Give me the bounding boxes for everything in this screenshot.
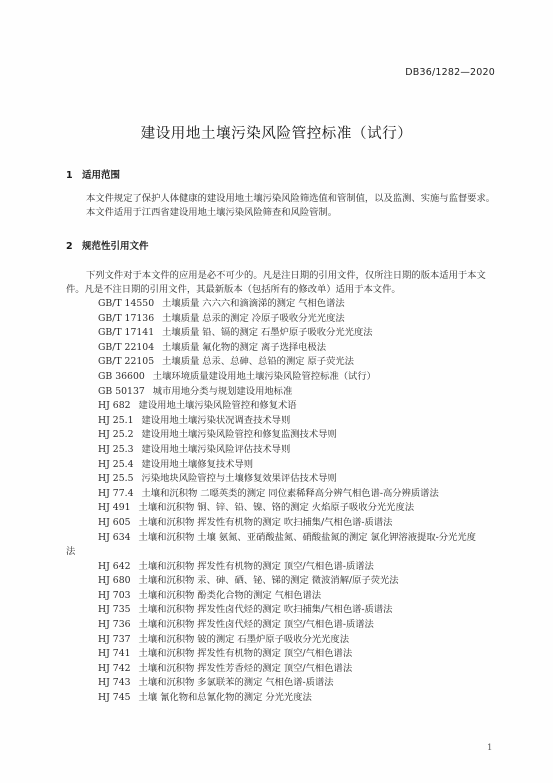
reference-title: 土壤和沉积物 挥发性有机物的测定 顶空/气相色谱-质谱法 xyxy=(139,561,374,572)
reference-item: GB/T 22104土壤质量 氟化物的测定 离子选择电极法 xyxy=(98,341,476,356)
reference-item: HJ 25.4建设用地土壤修复技术导则 xyxy=(98,458,476,473)
reference-title: 土壤质量 总汞的测定 冷原子吸收分光光度法 xyxy=(162,313,345,324)
reference-item: GB/T 22105土壤质量 总汞、总砷、总铅的测定 原子荧光法 xyxy=(98,355,476,370)
reference-title: 土壤和沉积物 汞、砷、硒、铋、锑的测定 微波消解/原子荧光法 xyxy=(139,575,399,586)
reference-title: 土壤和沉积物 二噁英类的测定 同位素稀释高分辨气相色谱-高分辨质谱法 xyxy=(142,488,439,499)
reference-title: 土壤质量 六六六和滴滴涕的测定 气相色谱法 xyxy=(162,298,345,309)
reference-code: GB/T 22104 xyxy=(98,341,154,356)
section-title: 适用范围 xyxy=(82,170,120,181)
reference-code: HJ 682 xyxy=(98,399,131,414)
reference-code: HJ 491 xyxy=(98,501,131,516)
reference-code: HJ 25.1 xyxy=(98,414,134,429)
reference-title: 土壤和沉积物 土壤 氨氮、亚硝酸盐氮、硝酸盐氮的测定 氯化钾溶液提取-分光光度 xyxy=(139,532,476,543)
reference-title: 土壤和沉积物 挥发性卤代烃的测定 吹扫捕集/气相色谱-质谱法 xyxy=(139,604,393,615)
reference-item: HJ 605土壤和沉积物 挥发性有机物的测定 吹扫捕集/气相色谱-质谱法 xyxy=(98,516,476,531)
reference-title: 土壤环境质量建设用地土壤污染风险管控标准（试行） xyxy=(153,371,376,382)
reference-item: GB/T 17141土壤质量 铅、镉的测定 石墨炉原子吸收分光光度法 xyxy=(98,326,476,341)
reference-code: GB/T 22105 xyxy=(98,355,154,370)
reference-item: HJ 743土壤和沉积物 多氯联苯的测定 气相色谱-质谱法 xyxy=(98,676,476,691)
reference-title: 土壤和沉积物 挥发性卤代烃的测定 顶空/气相色谱-质谱法 xyxy=(139,619,374,630)
scope-paragraph-1: 本文件规定了保护人体健康的建设用地土壤污染风险筛选值和管制值，以及监测、实施与监… xyxy=(86,192,495,206)
reference-title: 土壤 氰化物和总氰化物的测定 分光光度法 xyxy=(139,692,312,703)
reference-title: 土壤和沉积物 挥发性有机物的测定 吹扫捕集/气相色谱-质谱法 xyxy=(139,517,393,528)
reference-title: 污染地块风险管控与土壤修复效果评估技术导则 xyxy=(142,473,337,484)
reference-code: GB 36600 xyxy=(98,370,145,385)
reference-title: 建设用地土壤污染状况调查技术导则 xyxy=(142,415,291,426)
reference-code: HJ 742 xyxy=(98,662,131,677)
document-title: 建设用地土壤污染风险管控标准（试行） xyxy=(0,122,553,143)
reference-item: HJ 25.3建设用地土壤污染风险评估技术导则 xyxy=(98,443,476,458)
reference-item: HJ 745土壤 氰化物和总氰化物的测定 分光光度法 xyxy=(98,691,476,706)
section-number: 1 xyxy=(66,170,82,181)
reference-code: HJ 25.2 xyxy=(98,428,134,443)
reference-title: 建设用地土壤污染风险评估技术导则 xyxy=(142,444,291,455)
reference-item: HJ 735土壤和沉积物 挥发性卤代烃的测定 吹扫捕集/气相色谱-质谱法 xyxy=(98,603,476,618)
reference-item: GB 50137城市用地分类与规划建设用地标准 xyxy=(98,385,476,400)
reference-title: 建设用地土壤污染风险管控和修复术语 xyxy=(139,400,297,411)
references-intro-line-2: 件。凡是不注日期的引用文件，其最新版本（包括所有的修改单）适用于本文件。 xyxy=(66,283,401,297)
references-intro-line-1: 下列文件对于本文件的应用是必不可少的。凡是注日期的引用文件，仅所注日期的版本适用… xyxy=(86,269,486,283)
reference-item: HJ 742土壤和沉积物 挥发性芳香烃的测定 顶空/气相色谱法 xyxy=(98,662,476,677)
reference-item: HJ 25.1建设用地土壤污染状况调查技术导则 xyxy=(98,414,476,429)
reference-code: HJ 25.3 xyxy=(98,443,134,458)
reference-title: 土壤和沉积物 挥发性有机物的测定 顶空/气相色谱法 xyxy=(139,648,353,659)
reference-title-continuation: 法 xyxy=(66,546,75,557)
reference-title: 建设用地土壤污染风险管控和修复监测技术导则 xyxy=(142,429,337,440)
reference-code: HJ 77.4 xyxy=(98,487,134,502)
reference-item: HJ 736土壤和沉积物 挥发性卤代烃的测定 顶空/气相色谱-质谱法 xyxy=(98,618,476,633)
reference-code: HJ 743 xyxy=(98,676,131,691)
reference-item: HJ 737土壤和沉积物 铍的测定 石墨炉原子吸收分光光度法 xyxy=(98,633,476,648)
reference-item: HJ 491土壤和沉积物 铜、锌、铅、镍、铬的测定 火焰原子吸收分光光度法 xyxy=(98,501,476,516)
reference-item: GB/T 14550土壤质量 六六六和滴滴涕的测定 气相色谱法 xyxy=(98,297,476,312)
reference-item: GB/T 17136土壤质量 总汞的测定 冷原子吸收分光光度法 xyxy=(98,312,476,327)
reference-title: 城市用地分类与规划建设用地标准 xyxy=(153,386,292,397)
reference-code: HJ 680 xyxy=(98,574,131,589)
section-heading-scope: 1适用范围 xyxy=(66,167,120,181)
reference-item: HJ 77.4土壤和沉积物 二噁英类的测定 同位素稀释高分辨气相色谱-高分辨质谱… xyxy=(98,487,476,502)
reference-code: HJ 25.5 xyxy=(98,472,134,487)
reference-code: HJ 703 xyxy=(98,589,131,604)
reference-code: HJ 741 xyxy=(98,647,131,662)
reference-code: HJ 737 xyxy=(98,633,131,648)
section-number: 2 xyxy=(66,241,82,252)
reference-title: 建设用地土壤修复技术导则 xyxy=(142,459,254,470)
reference-item: HJ 682建设用地土壤污染风险管控和修复术语 xyxy=(98,399,476,414)
section-title: 规范性引用文件 xyxy=(82,241,149,252)
reference-item: GB 36600土壤环境质量建设用地土壤污染风险管控标准（试行） xyxy=(98,370,476,385)
reference-title: 土壤和沉积物 铍的测定 石墨炉原子吸收分光光度法 xyxy=(139,634,349,645)
scope-paragraph-2: 本文件适用于江西省建设用地土壤污染风险筛查和风险管制。 xyxy=(86,206,337,220)
reference-code: HJ 745 xyxy=(98,691,131,706)
reference-code: HJ 735 xyxy=(98,603,131,618)
reference-code: GB/T 17136 xyxy=(98,312,154,327)
reference-title: 土壤和沉积物 酚类化合物的测定 气相色谱法 xyxy=(139,590,322,601)
reference-code: HJ 634 xyxy=(98,531,131,546)
reference-item: HJ 25.2建设用地土壤污染风险管控和修复监测技术导则 xyxy=(98,428,476,443)
reference-code: GB/T 14550 xyxy=(98,297,154,312)
reference-code: HJ 736 xyxy=(98,618,131,633)
reference-code: GB/T 17141 xyxy=(98,326,154,341)
document-page: DB36/1282—2020 建设用地土壤污染风险管控标准（试行） 1适用范围 … xyxy=(0,0,553,783)
reference-item: HJ 25.5污染地块风险管控与土壤修复效果评估技术导则 xyxy=(98,472,476,487)
section-heading-normative-references: 2规范性引用文件 xyxy=(66,238,149,252)
reference-title: 土壤和沉积物 挥发性芳香烃的测定 顶空/气相色谱法 xyxy=(139,663,353,674)
reference-item-continuation: 法 xyxy=(66,545,476,560)
reference-title: 土壤质量 铅、镉的测定 石墨炉原子吸收分光光度法 xyxy=(162,327,372,338)
reference-title: 土壤和沉积物 多氯联苯的测定 气相色谱-质谱法 xyxy=(139,677,334,688)
reference-title: 土壤和沉积物 铜、锌、铅、镍、铬的测定 火焰原子吸收分光光度法 xyxy=(139,502,415,513)
reference-item: HJ 703土壤和沉积物 酚类化合物的测定 气相色谱法 xyxy=(98,589,476,604)
standard-code: DB36/1282—2020 xyxy=(405,67,495,78)
reference-item: HJ 741土壤和沉积物 挥发性有机物的测定 顶空/气相色谱法 xyxy=(98,647,476,662)
reference-title: 土壤质量 总汞、总砷、总铅的测定 原子荧光法 xyxy=(162,356,354,367)
reference-item: HJ 634土壤和沉积物 土壤 氨氮、亚硝酸盐氮、硝酸盐氮的测定 氯化钾溶液提取… xyxy=(98,531,476,546)
reference-list: GB/T 14550土壤质量 六六六和滴滴涕的测定 气相色谱法 GB/T 171… xyxy=(98,297,476,706)
reference-code: HJ 642 xyxy=(98,560,131,575)
reference-code: HJ 25.4 xyxy=(98,458,134,473)
page-number: 1 xyxy=(487,743,492,753)
reference-title: 土壤质量 氟化物的测定 离子选择电极法 xyxy=(162,342,326,353)
reference-item: HJ 642土壤和沉积物 挥发性有机物的测定 顶空/气相色谱-质谱法 xyxy=(98,560,476,575)
reference-code: GB 50137 xyxy=(98,385,145,400)
reference-item: HJ 680土壤和沉积物 汞、砷、硒、铋、锑的测定 微波消解/原子荧光法 xyxy=(98,574,476,589)
reference-code: HJ 605 xyxy=(98,516,131,531)
